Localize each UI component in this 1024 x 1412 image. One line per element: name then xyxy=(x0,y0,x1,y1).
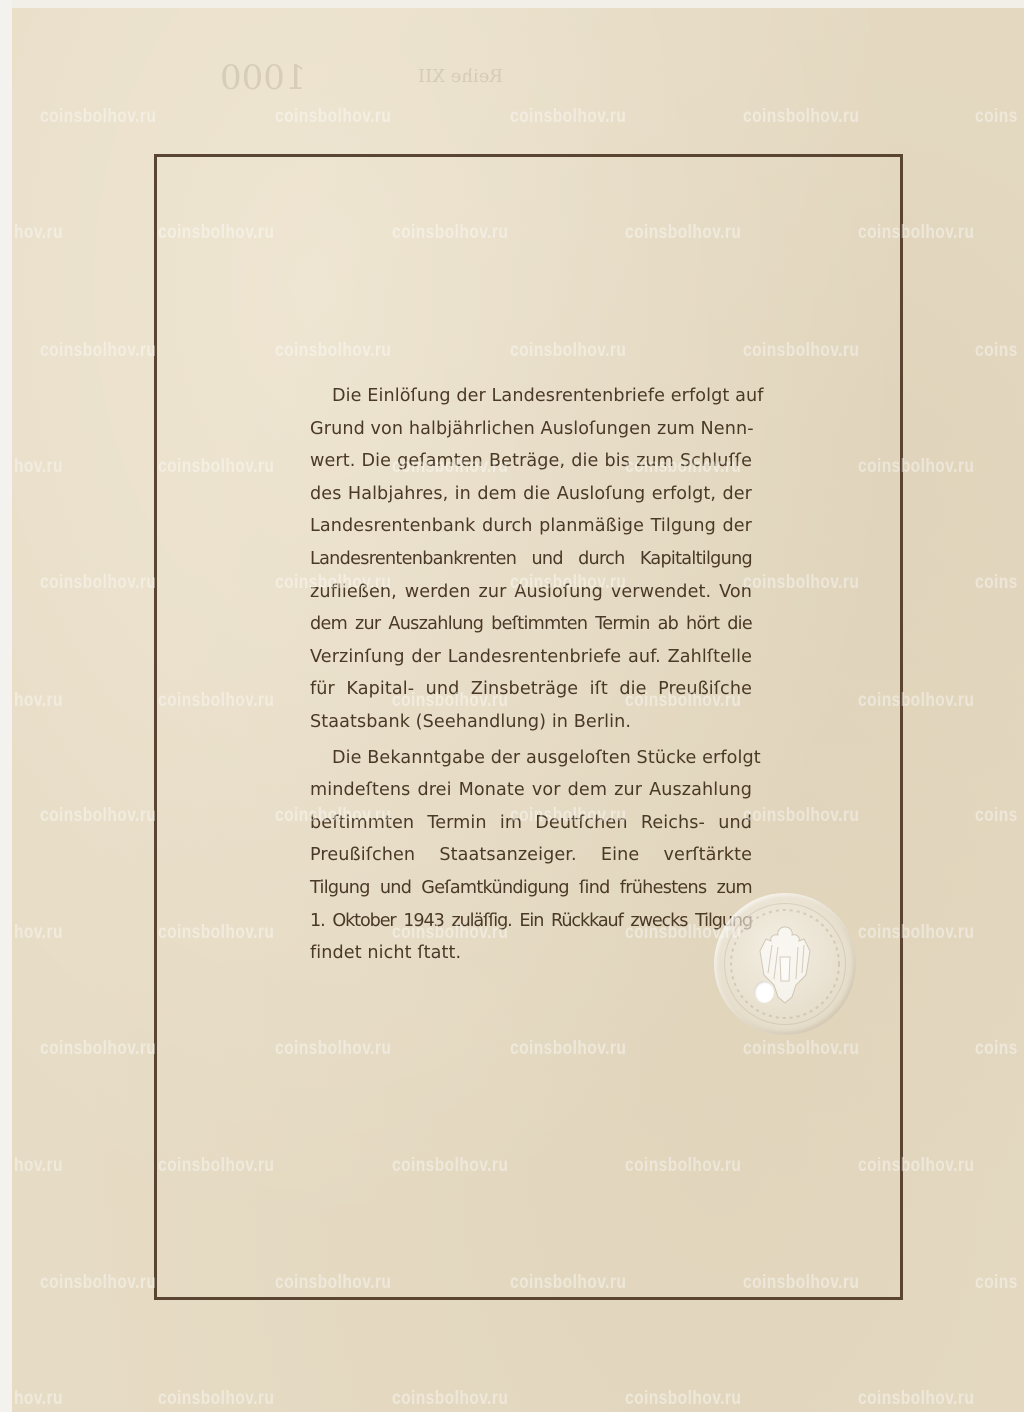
text-line: für Kapital- und Zinsbeträge iſt die Pre… xyxy=(310,673,752,706)
text-line: des Halbjahres, in dem die Ausloſung erf… xyxy=(310,478,752,511)
text-line: 1. Oktober 1943 zuläſſig. Ein Rückkauf z… xyxy=(310,905,752,938)
text-line: Landesrentenbank durch planmäßige Tilgun… xyxy=(310,510,752,543)
text-line: beſtimmten Termin im Deutſchen Reichs- u… xyxy=(310,807,752,840)
text-line: Verzinſung der Landesrentenbriefe auf. Z… xyxy=(310,641,752,674)
embossed-eagle-seal xyxy=(714,893,856,1035)
text-line: mindeſtens drei Monate vor dem zur Ausza… xyxy=(310,774,752,807)
text-line: Tilgung und Geſamtkündigung ſind frühest… xyxy=(310,872,752,905)
scan-edge-top xyxy=(0,0,1024,8)
text-line: Die Einlöſung der Landesrentenbriefe erf… xyxy=(310,380,752,413)
text-line: Landesrentenbankrenten und durch Kapital… xyxy=(310,543,752,576)
text-line: Die Bekanntgabe der ausgeloſten Stücke e… xyxy=(310,742,752,775)
text-line: Preußiſchen Staatsanzeiger. Eine verſtär… xyxy=(310,839,752,872)
punch-hole xyxy=(754,981,774,1003)
text-line: zufließen, werden zur Ausloſung verwende… xyxy=(310,576,752,609)
text-line: dem zur Auszahlung beſtimmten Termin ab … xyxy=(310,608,752,641)
paragraph-announcement: Die Bekanntgabe der ausgeloſten Stücke e… xyxy=(310,742,752,970)
document-body: Die Einlöſung der Landesrentenbriefe erf… xyxy=(310,380,752,970)
scan-edge-left xyxy=(0,0,12,1412)
text-line: Staatsbank (Seehandlung) in Berlin. xyxy=(310,706,752,739)
text-line: Grund von halbjährlichen Ausloſungen zum… xyxy=(310,413,752,446)
text-line: findet nicht ſtatt. xyxy=(310,937,752,970)
paragraph-redemption: Die Einlöſung der Landesrentenbriefe erf… xyxy=(310,380,752,739)
text-line: wert. Die geſamten Beträge, die bis zum … xyxy=(310,445,752,478)
